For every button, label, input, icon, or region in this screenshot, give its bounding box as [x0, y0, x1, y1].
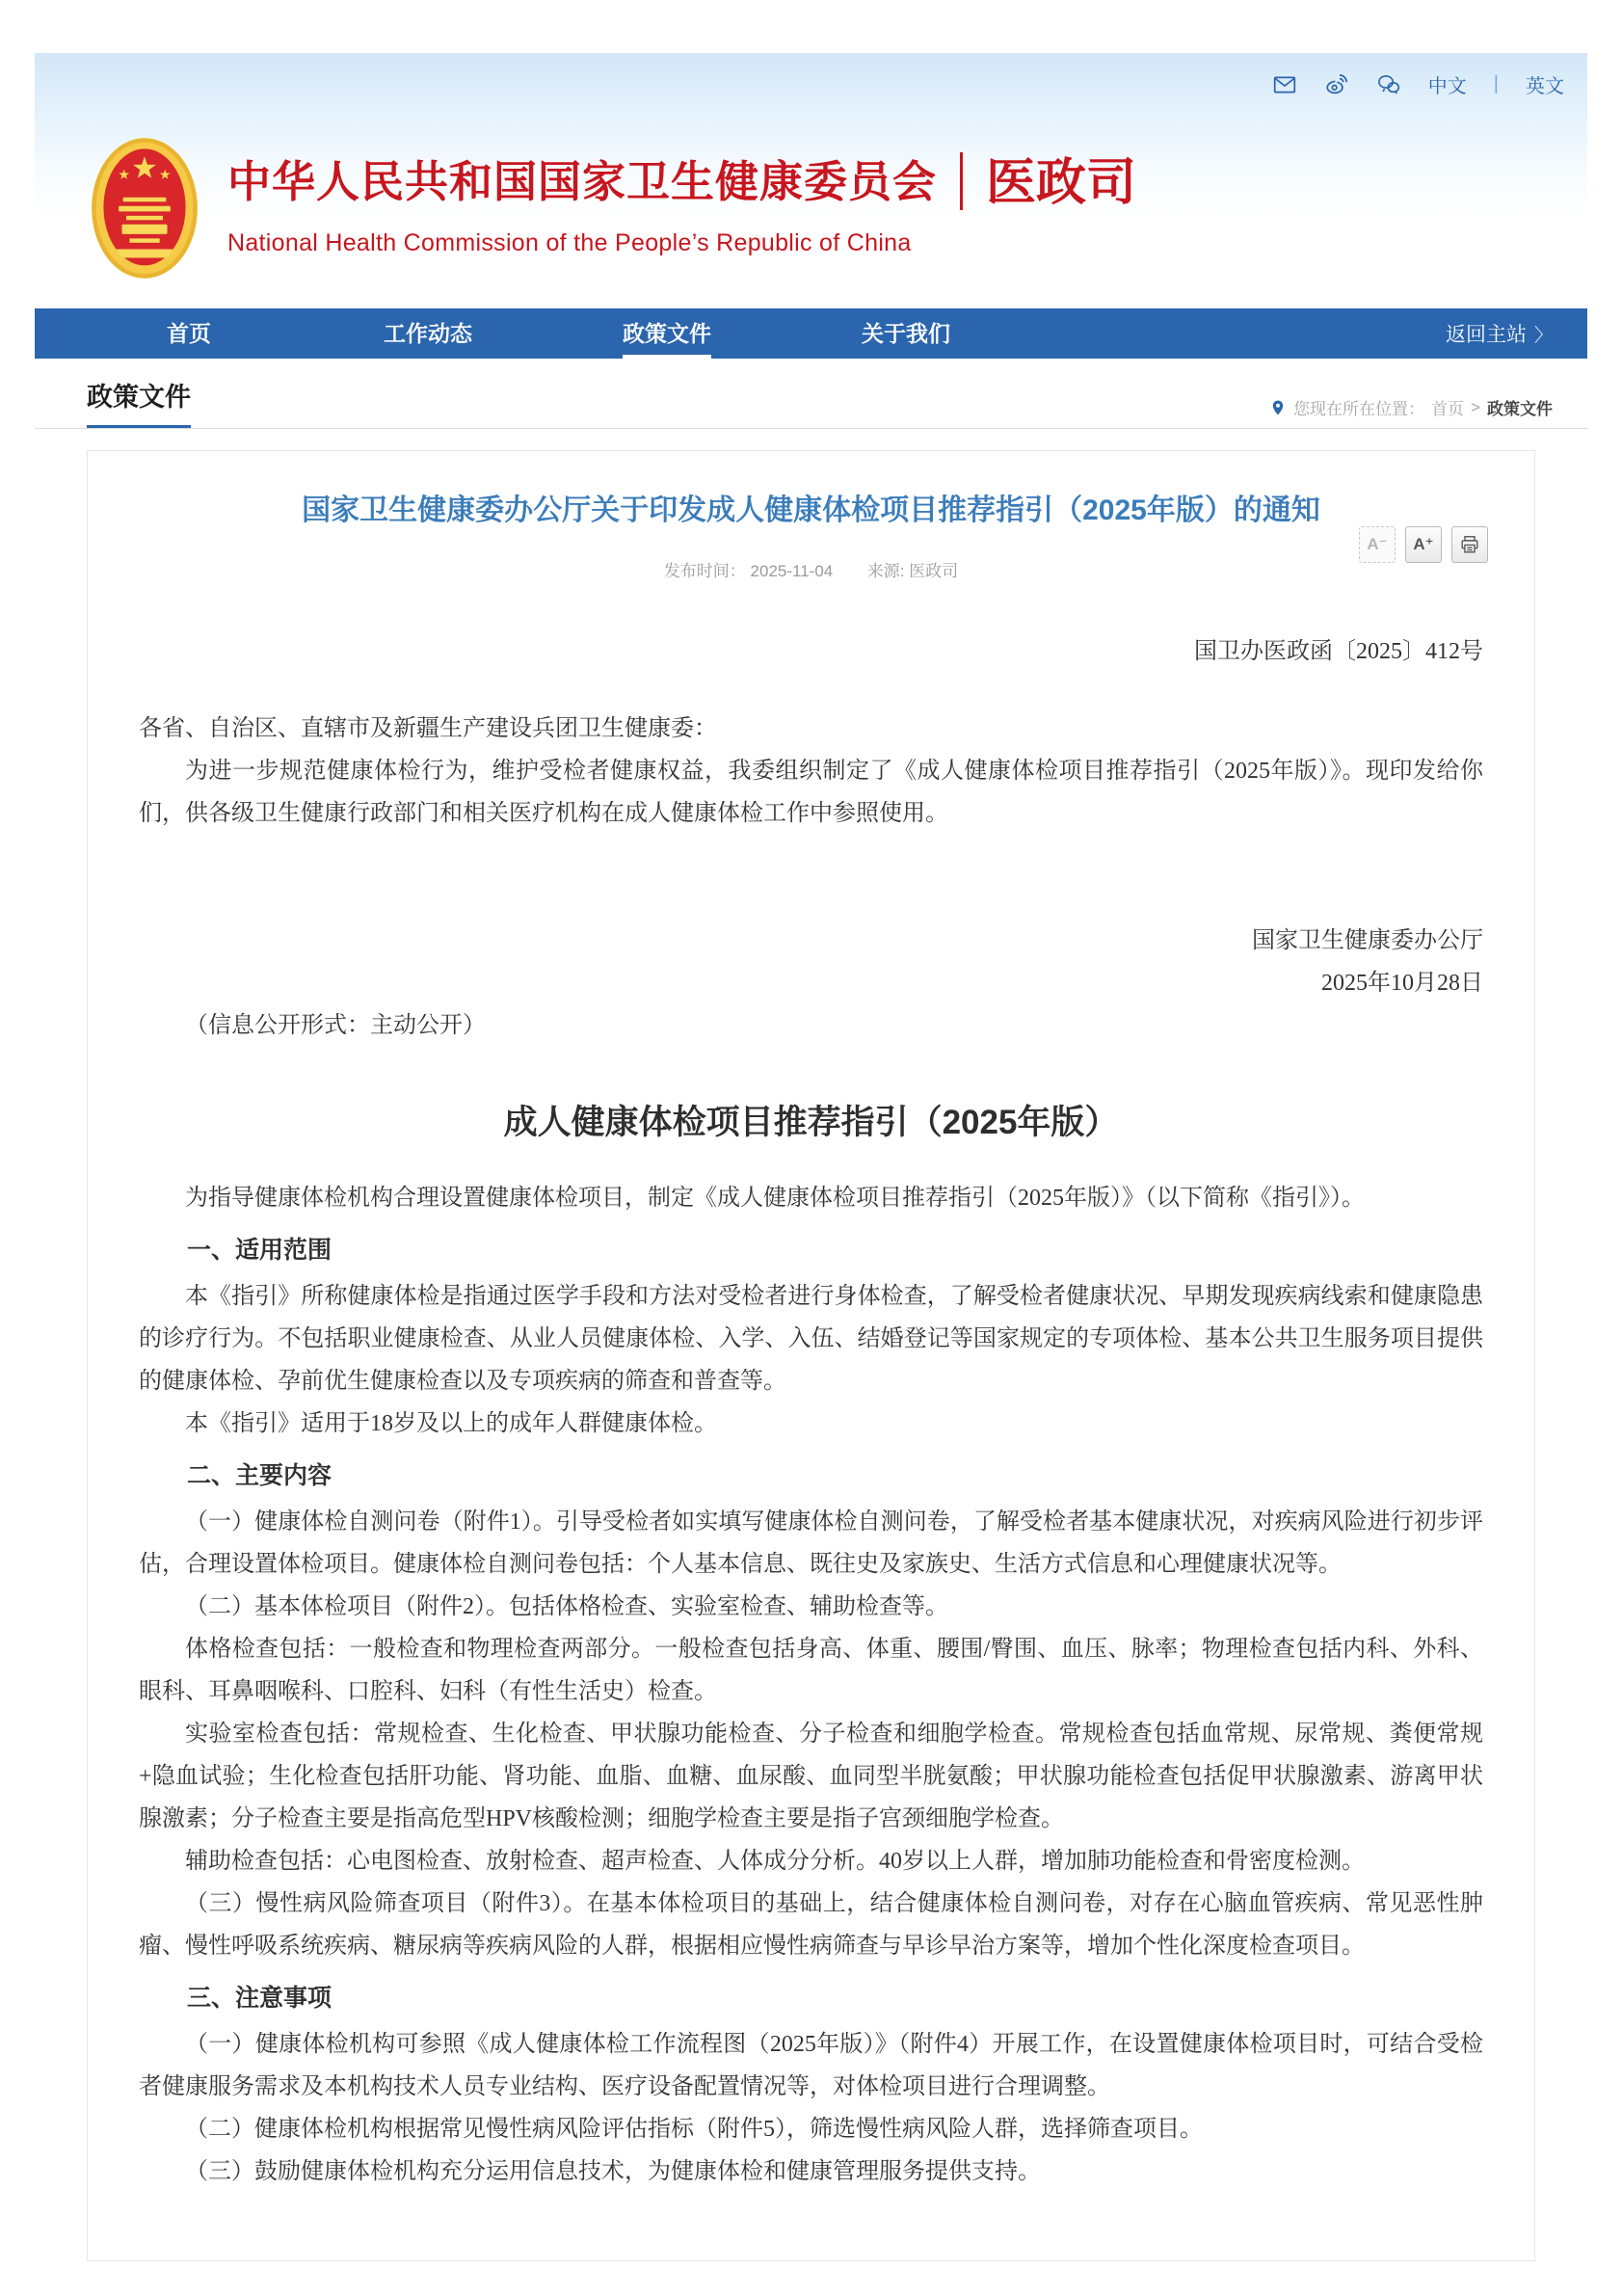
source-value: 医政司 — [909, 562, 958, 580]
article-block-p-14: 实验室检查包括：常规检查、生化检查、甲状腺功能检查、分子检查和细胞学检查。常规检… — [139, 1713, 1483, 1840]
article-block-p-6: 为指导健康体检机构合理设置健康体检项目，制定《成人健康体检项目推荐指引（2025… — [139, 1177, 1483, 1219]
site-title-en: National Health Commission of the People… — [227, 229, 1136, 257]
breadcrumb-current: 政策文件 — [1487, 395, 1553, 419]
nav-items: 首页工作动态政策文件关于我们 — [69, 308, 1025, 359]
article-block-h2-17: 三、注意事项 — [139, 1977, 1483, 2019]
article-body: 各省、自治区、直辖市及新疆生产建设兵团卫生健康委：为进一步规范健康体检行为，维护… — [139, 707, 1483, 2194]
source-label: 来源: — [867, 562, 905, 580]
article-block-p-19: （二）健康体检机构根据常见慢性病风险评估指标（附件5），筛选慢性病风险人群，选择… — [139, 2108, 1483, 2150]
article-block-p-0: 各省、自治区、直辖市及新疆生产建设兵团卫生健康委： — [139, 707, 1483, 750]
utility-bar: 中文 | 英文 — [1272, 70, 1564, 98]
document-number: 国卫办医政函〔2025〕412号 — [139, 631, 1483, 665]
title-divider — [960, 152, 963, 210]
article-block-p-1: 为进一步规范健康体检行为，维护受检者健康权益，我委组织制定了《成人健康体检项目推… — [139, 750, 1483, 835]
mail-icon[interactable] — [1272, 72, 1297, 97]
section-title: 政策文件 — [87, 382, 191, 428]
national-emblem-logo — [91, 136, 199, 280]
nav-item-0[interactable]: 首页 — [69, 308, 308, 359]
lang-en-link[interactable]: 英文 — [1526, 70, 1564, 98]
nav-item-2[interactable]: 政策文件 — [547, 308, 786, 359]
article-block-p-18: （一）健康体检机构可参照《成人健康体检工作流程图（2025年版）》（附件4）开展… — [139, 2023, 1483, 2108]
weibo-icon[interactable] — [1324, 72, 1349, 97]
publish-label: 发布时间： — [664, 562, 746, 580]
article-title: 国家卫生健康委办公厅关于印发成人健康体检项目推荐指引（2025年版）的通知 — [139, 490, 1483, 532]
breadcrumb-hairline — [35, 428, 1587, 429]
breadcrumb-home-link[interactable]: 首页 — [1431, 395, 1464, 419]
article-block-p-20: （三）鼓励健康体检机构充分运用信息技术，为健康体检和健康管理服务提供支持。 — [139, 2150, 1483, 2193]
article-tools: A⁻ A⁺ — [1359, 526, 1488, 563]
article-block-p-15: 辅助检查包括：心电图检查、放射检查、超声检查、人体成分分析。40岁以上人群，增加… — [139, 1840, 1483, 1882]
article-block-p-11: （一）健康体检自测问卷（附件1）。引导受检者如实填写健康体检自测问卷，了解受检者… — [139, 1501, 1483, 1586]
breadcrumb-separator: > — [1471, 398, 1480, 417]
location-pin-icon — [1269, 399, 1287, 416]
article-block-p-9: 本《指引》适用于18岁及以上的成年人群健康体检。 — [139, 1402, 1483, 1445]
print-icon — [1459, 534, 1480, 555]
main-nav: 首页工作动态政策文件关于我们 返回主站 〉 — [35, 308, 1587, 359]
font-smaller-button[interactable]: A⁻ — [1359, 526, 1396, 563]
article-block-p-12: （二）基本体检项目（附件2）。包括体格检查、实验室检查、辅助检查等。 — [139, 1586, 1483, 1628]
top-white-strip — [0, 0, 1622, 53]
nav-item-3[interactable]: 关于我们 — [786, 308, 1025, 359]
brand-titles: 中华人民共和国国家卫生健康委员会 医政司 National Health Com… — [227, 136, 1136, 257]
publish-date: 2025-11-04 — [751, 562, 834, 580]
article-meta: 发布时间： 2025-11-04 来源: 医政司 — [139, 557, 1483, 581]
chevron-right-icon: 〉 — [1534, 321, 1553, 347]
article-block-p-8: 本《指引》所称健康体检是指通过医学手段和方法对受检者进行身体检查，了解受检者健康… — [139, 1275, 1483, 1402]
lang-zh-link[interactable]: 中文 — [1428, 70, 1467, 98]
site-header: 中文 | 英文 — [35, 53, 1587, 308]
department-name: 医政司 — [986, 142, 1136, 214]
lang-divider: | — [1494, 73, 1499, 95]
back-to-main-site-label: 返回主站 — [1446, 319, 1527, 348]
article-block-right-2: 国家卫生健康委办公厅 — [139, 920, 1483, 962]
site-title-cn: 中华人民共和国国家卫生健康委员会 — [227, 147, 937, 209]
location-label: 您现在所在位置： — [1293, 395, 1424, 419]
nav-item-1[interactable]: 工作动态 — [308, 308, 547, 359]
breadcrumb-row: 政策文件 您现在所在位置： 首页 > 政策文件 — [35, 359, 1587, 430]
article-block-h1-5: 成人健康体检项目推荐指引（2025年版） — [139, 1101, 1483, 1145]
print-button[interactable] — [1451, 526, 1488, 563]
article-card: 国家卫生健康委办公厅关于印发成人健康体检项目推荐指引（2025年版）的通知 发布… — [87, 450, 1535, 2261]
article-block-p-13: 体格检查包括：一般检查和物理检查两部分。一般检查包括身高、体重、腰围/臀围、血压… — [139, 1628, 1483, 1713]
article-block-p-16: （三）慢性病风险筛查项目（附件3）。在基本体检项目的基础上，结合健康体检自测问卷… — [139, 1882, 1483, 1967]
back-to-main-site-link[interactable]: 返回主站 〉 — [1446, 319, 1553, 348]
page-wrapper: 中文 | 英文 — [35, 53, 1587, 2261]
article-block-p-4: （信息公开形式：主动公开） — [139, 1004, 1483, 1047]
article-block-h2-7: 一、适用范围 — [139, 1229, 1483, 1271]
font-larger-button[interactable]: A⁺ — [1405, 526, 1442, 563]
breadcrumb: 您现在所在位置： 首页 > 政策文件 — [1269, 395, 1553, 419]
article-block-right-3: 2025年10月28日 — [139, 962, 1483, 1004]
wechat-icon[interactable] — [1376, 72, 1401, 97]
article-block-h2-10: 二、主要内容 — [139, 1455, 1483, 1497]
